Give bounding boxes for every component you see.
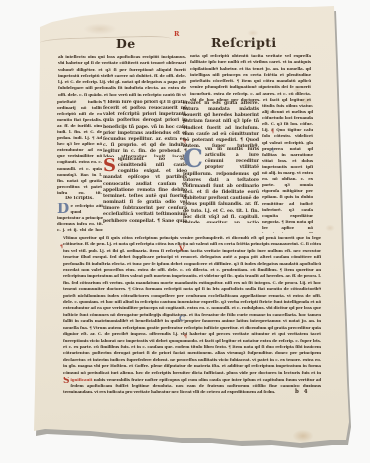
left-margin-heading: De ſcriptis. xyxy=(57,196,102,203)
red-pilcrow-mark: ¶ xyxy=(271,131,274,136)
blue-initial-c-small: C xyxy=(179,315,185,323)
folio-letter-rubric: R xyxy=(174,30,179,38)
bottom-text: nobis venerabilis frater noſter epiſcopu… xyxy=(63,377,321,394)
lombard-initial-d: D xyxy=(57,203,69,215)
red-pilcrow-mark: ¶ xyxy=(60,245,63,250)
main-text-col1: ¶ Idem iure quo priori q3 ſi gratiā fece… xyxy=(103,100,187,157)
gloss-left-margin: poteſtatē iudicis ordinarij nō tollit re… xyxy=(57,99,102,195)
bottom-rubric-lines: Significauit nobis venerabilis frater no… xyxy=(63,377,321,394)
gloss-top-left: ab intellectu oīm qui lras apoſtolicas r… xyxy=(58,54,186,99)
lombard-initial-c: C xyxy=(183,148,203,169)
running-header-left: De xyxy=(116,37,150,53)
main-text-col1-section: Significauit nō eſt cōmittendū niſi cauſ… xyxy=(103,157,187,224)
gloss-right-margin: titulis ſuis oībus vtatur. alij dicunt e… xyxy=(262,103,313,233)
gloss-top-right: nota qd reſcriptū obtentū tacita veritat… xyxy=(190,53,311,104)
running-header-right: Reſcriptis. xyxy=(211,36,277,52)
rubric-initial-s: S xyxy=(63,377,69,386)
red-pilcrow-mark: ¶ xyxy=(184,336,187,341)
rubric-word: ignificauit xyxy=(70,377,92,382)
commentary-block: Vltimo queritur qd ſi quis cōtra reſcrip… xyxy=(63,235,321,376)
photo-background: De R Reſcriptis. ab intellectu oīm qui l… xyxy=(0,0,370,463)
red-initial-v: V xyxy=(179,245,185,253)
gloss-left-margin-continued: De reſcripto aūt quod impetratur a princ… xyxy=(57,203,103,233)
red-pilcrow-mark: ¶ xyxy=(183,141,186,146)
main-text-col2: crearet in eos gratā afferre. futura man… xyxy=(183,101,259,147)
signature-mark: b 4 xyxy=(295,389,309,395)
main-text-col2-section: Cvm in multis iuris articulis a iure cōm… xyxy=(183,147,259,223)
blue-pilcrow-mark: ¶ xyxy=(271,150,274,155)
lombard-initial-s: S xyxy=(103,158,116,174)
